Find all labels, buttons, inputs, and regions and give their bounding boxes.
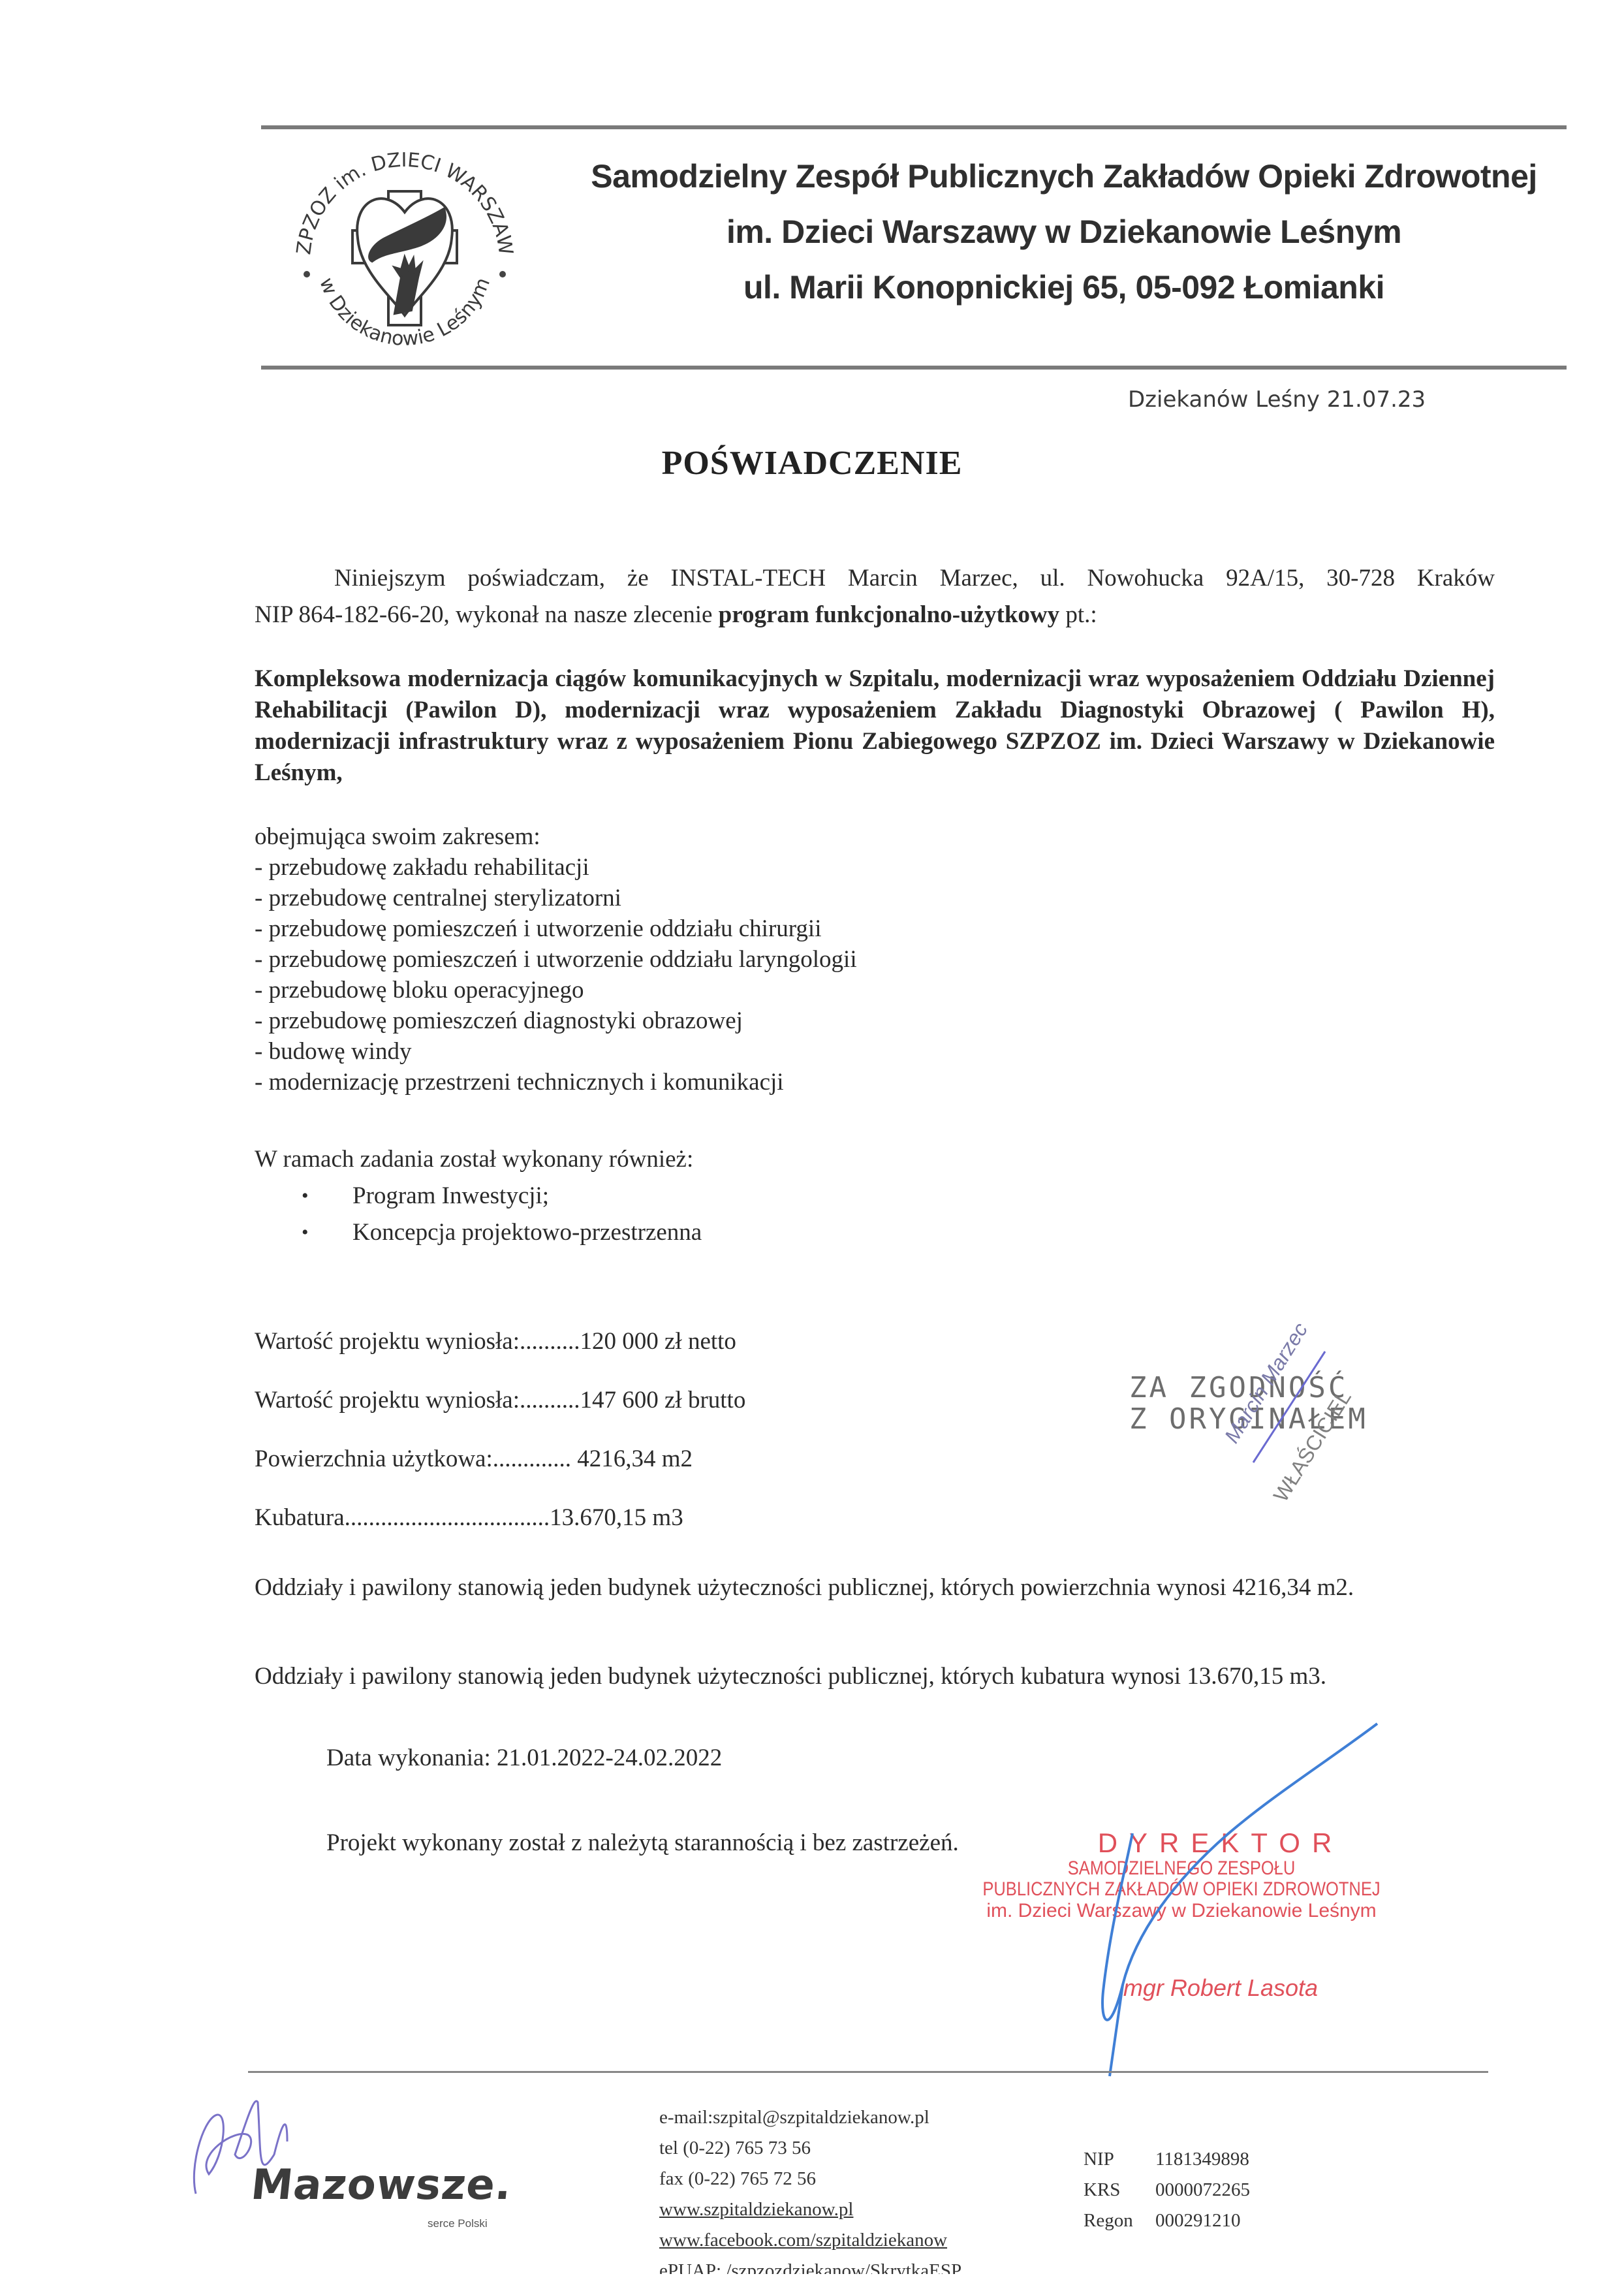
- value-label: Wartość projektu wyniosła:..........: [255, 1328, 580, 1355]
- registry-row: Regon000291210: [1084, 2205, 1250, 2236]
- mazowsze-tagline: serce Polski: [428, 2217, 488, 2230]
- header-bottom-rule: [261, 366, 1567, 370]
- fax: fax (0-22) 765 72 56: [659, 2164, 961, 2194]
- list-item: Program Inwestycji;: [255, 1178, 1038, 1214]
- also-section: W ramach zadania został wykonany również…: [255, 1141, 1038, 1251]
- list-item: - przebudowę pomieszczeń i utworzenie od…: [255, 944, 1234, 975]
- document-title: POŚWIADCZENIE: [0, 444, 1624, 482]
- value-amount: 120 000 zł netto: [580, 1328, 736, 1355]
- project-subject: Kompleksowa modernizacja ciągów komunika…: [255, 663, 1495, 789]
- stamp-line-1: ZA ZGODNOŚĆ: [1129, 1371, 1348, 1404]
- registry-row: KRS0000072265: [1084, 2175, 1250, 2205]
- director-stamp: DYREKTOR SAMODZIELNEGO ZESPOŁU PUBLICZNY…: [946, 1828, 1416, 2002]
- footer-registry: NIP1181349898 KRS0000072265 Regon0002912…: [1084, 2144, 1250, 2236]
- phone: tel (0-22) 765 73 56: [659, 2133, 961, 2164]
- registry-key: NIP: [1084, 2144, 1155, 2175]
- intro-line-2: NIP 864-182-66-20, wykonał na nasze zlec…: [255, 597, 1495, 633]
- mazowsze-logo: Mazowsze.: [249, 2161, 514, 2209]
- scope-list: - przebudowę zakładu rehabilitacji - prz…: [255, 852, 1234, 1098]
- list-item: - przebudowę pomieszczeń diagnostyki obr…: [255, 1005, 1234, 1036]
- institution-header: Samodzielny Zespół Publicznych Zakładów …: [568, 157, 1560, 307]
- summary-area: Oddziały i pawilony stanowią jeden budyn…: [255, 1570, 1560, 1606]
- registry-value: 0000072265: [1155, 2179, 1250, 2200]
- header-top-rule: [261, 125, 1567, 129]
- footer-contact: e-mail:szpital@szpitaldziekanow.pl tel (…: [659, 2102, 961, 2274]
- director-stamp-line-2: PUBLICZNYCH ZAKŁADÓW OPIEKI ZDROWOTNEJ: [982, 1879, 1381, 1900]
- facebook-link[interactable]: www.facebook.com/szpitaldziekanow: [659, 2225, 961, 2256]
- list-item: - przebudowę bloku operacyjnego: [255, 975, 1234, 1005]
- epuap-address: ePUAP: /szpzozdziekanow/SkrytkaESP: [659, 2256, 961, 2274]
- director-name: mgr Robert Lasota: [946, 1974, 1416, 2002]
- footer-rule: [248, 2071, 1488, 2073]
- execution-date: Data wykonania: 21.01.2022-24.02.2022: [326, 1740, 722, 1777]
- intro-line-1: Niniejszym poświadczam, że INSTAL-TECH M…: [255, 560, 1495, 597]
- institution-address: ul. Marii Konopnickiej 65, 05-092 Łomian…: [568, 268, 1560, 307]
- scope-section: obejmująca swoim zakresem: - przebudowę …: [255, 821, 1234, 1098]
- intro-text: NIP 864-182-66-20, wykonał na nasze zlec…: [255, 601, 719, 628]
- value-row: Wartość projektu wyniosła:..........120 …: [255, 1312, 973, 1371]
- list-item: Koncepcja projektowo-przestrzenna: [255, 1214, 1038, 1251]
- institution-name: Samodzielny Zespół Publicznych Zakładów …: [568, 157, 1560, 196]
- list-item: - przebudowę zakładu rehabilitacji: [255, 852, 1234, 883]
- registry-key: KRS: [1084, 2175, 1155, 2205]
- director-stamp-line-1: SAMODZIELNEGO ZESPOŁU: [982, 1858, 1381, 1879]
- value-amount: 4216,34 m2: [577, 1446, 693, 1472]
- registry-value: 000291210: [1155, 2210, 1241, 2231]
- intro-paragraph: Niniejszym poświadczam, że INSTAL-TECH M…: [255, 560, 1495, 633]
- place-date: Dziekanów Leśny 21.07.23: [1128, 387, 1426, 413]
- conclusion: Projekt wykonany został z należytą stara…: [326, 1825, 959, 1861]
- list-item: - przebudowę centralnej sterylizatorni: [255, 883, 1234, 913]
- certified-copy-stamp: ZA ZGODNOŚĆ Z ORYGINAŁEM Marcin Marzec W…: [1129, 1332, 1429, 1502]
- value-label: Wartość projektu wyniosła:..........: [255, 1387, 580, 1414]
- project-values: Wartość projektu wyniosła:..........120 …: [255, 1312, 973, 1547]
- director-stamp-line-3: im. Dzieci Warszawy w Dziekanowie Leśnym: [946, 1900, 1416, 1922]
- also-heading: W ramach zadania został wykonany również…: [255, 1141, 1038, 1178]
- list-item: - modernizację przestrzeni technicznych …: [255, 1067, 1234, 1098]
- value-row: Wartość projektu wyniosła:..........147 …: [255, 1371, 973, 1430]
- value-amount: 147 600 zł brutto: [580, 1387, 746, 1414]
- value-label: Powierzchnia użytkowa:.............: [255, 1446, 577, 1472]
- registry-value: 1181349898: [1155, 2149, 1249, 2170]
- hospital-logo: SZPZOZ im. DZIECI WARSZAWY w Dziekanowie…: [281, 140, 529, 362]
- also-list: Program Inwestycji; Koncepcja projektowo…: [255, 1178, 1038, 1251]
- website-link[interactable]: www.szpitaldziekanow.pl: [659, 2194, 961, 2225]
- registry-row: NIP1181349898: [1084, 2144, 1250, 2175]
- scope-heading: obejmująca swoim zakresem:: [255, 821, 1234, 852]
- list-item: - budowę windy: [255, 1036, 1234, 1067]
- director-title: DYREKTOR: [946, 1828, 1416, 1858]
- heart-cross-hands-icon: [352, 191, 457, 325]
- value-row: Kubatura................................…: [255, 1489, 973, 1547]
- list-item: - przebudowę pomieszczeń i utworzenie od…: [255, 913, 1234, 944]
- value-row: Powierzchnia użytkowa:............. 4216…: [255, 1430, 973, 1489]
- value-label: Kubatura................................…: [255, 1504, 550, 1531]
- summary-volume: Oddziały i pawilony stanowią jeden budyn…: [255, 1658, 1560, 1695]
- email[interactable]: e-mail:szpital@szpitaldziekanow.pl: [659, 2102, 961, 2133]
- value-amount: 13.670,15 m3: [550, 1504, 683, 1531]
- registry-key: Regon: [1084, 2205, 1155, 2236]
- institution-name-line2: im. Dzieci Warszawy w Dziekanowie Leśnym: [568, 212, 1560, 251]
- intro-bold-text: program funkcjonalno-użytkowy: [719, 601, 1060, 628]
- intro-suffix: pt.:: [1059, 601, 1097, 628]
